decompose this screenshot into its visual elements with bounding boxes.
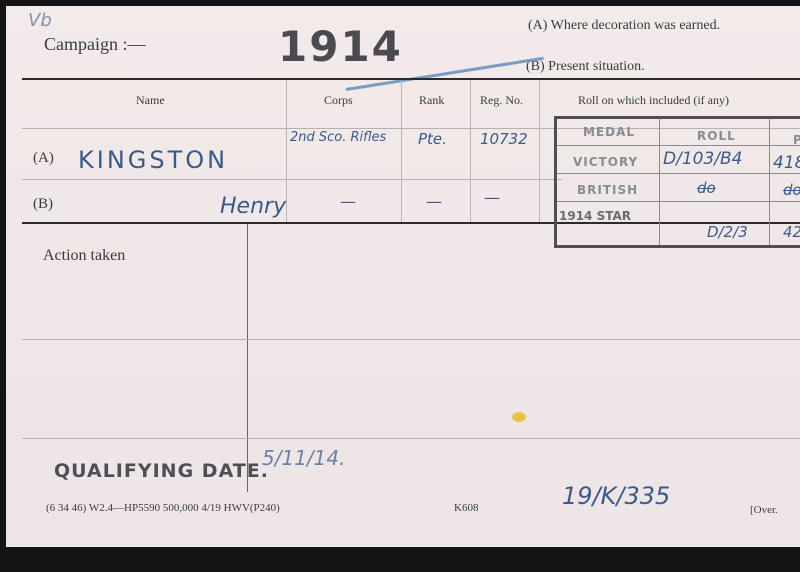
page-victory: 418: [773, 153, 800, 173]
top-rule: [22, 78, 800, 80]
header-roll: Roll on which included (if any): [578, 93, 729, 108]
stamp-col: [659, 119, 660, 245]
roll-stamp: MEDAL ROLL P VICTORY D/103/B4 418 BRITIS…: [554, 116, 800, 248]
stamp-rule: [557, 201, 800, 202]
legend-b: (B) Present situation.: [526, 59, 645, 75]
medal-british: BRITISH: [577, 183, 638, 197]
rank: Pte.: [418, 130, 447, 148]
corps-b: —: [340, 192, 356, 211]
reg-no: 10732: [480, 130, 528, 148]
legend-a: (A) Where decoration was earned.: [528, 18, 720, 34]
qualifying-date: 5/11/14.: [262, 446, 345, 470]
col-divider: [286, 80, 287, 222]
ink-blot: [512, 412, 526, 422]
roll-1914-star: D/2/3: [707, 223, 748, 241]
stamp-col: [769, 119, 770, 245]
page-1914-star: 42: [783, 223, 800, 241]
stamp-rule: [557, 173, 800, 174]
campaign-year: 1914: [278, 22, 403, 71]
action-divider: [247, 224, 248, 492]
over-marker: [Over.: [750, 504, 778, 516]
form-number: K608: [454, 502, 478, 514]
corps: 2nd Sco. Rifles: [290, 130, 386, 145]
header-reg-no: Reg. No.: [480, 93, 523, 108]
action-rule: [22, 438, 800, 439]
stamp-header-medal: MEDAL: [583, 125, 635, 139]
qualifying-date-label: QUALIFYING DATE.: [54, 460, 269, 482]
reg-no-b: —: [484, 188, 500, 207]
forename: Henry: [220, 194, 286, 219]
page-british: do: [783, 181, 800, 199]
header-corps: Corps: [324, 93, 353, 108]
row-rule: [22, 179, 562, 180]
medal-index-card: Vb Campaign :— 1914 (A) Where decoration…: [6, 6, 800, 547]
surname: KINGSTON: [78, 146, 228, 174]
col-divider: [539, 80, 540, 222]
corner-mark: Vb: [28, 10, 52, 31]
campaign-label: Campaign :—: [44, 34, 146, 55]
print-code: (6 34 46) W2.4—HP5590 500,000 4/19 HWV(P…: [46, 502, 280, 514]
rank-b: —: [426, 192, 442, 211]
stamp-rule: [557, 145, 800, 146]
row-b-label: (B): [33, 196, 53, 213]
medal-1914-star: 1914 STAR: [559, 209, 631, 223]
medal-victory: VICTORY: [573, 155, 638, 169]
row-a-label: (A): [33, 150, 54, 167]
roll-british: do: [697, 179, 716, 197]
reference-number: 19/K/335: [562, 482, 670, 510]
stamp-header-roll: ROLL: [697, 129, 736, 143]
roll-victory: D/103/B4: [663, 149, 742, 169]
action-taken-label: Action taken: [43, 247, 125, 265]
col-divider: [401, 80, 402, 222]
action-rule: [22, 339, 800, 340]
header-rank: Rank: [419, 93, 444, 108]
col-divider: [470, 80, 471, 222]
stamp-header-page: P: [793, 133, 800, 147]
header-name: Name: [136, 93, 165, 108]
